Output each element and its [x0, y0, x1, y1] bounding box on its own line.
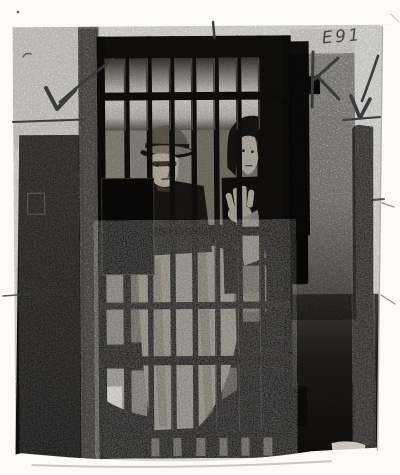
scanned-photograph: E91 K: [0, 0, 400, 475]
photo-code-label: E91: [321, 25, 362, 48]
wall-grain: [291, 59, 355, 314]
top-margin: [0, 0, 399, 27]
photo-print: [0, 0, 400, 475]
top-tick-mark: [213, 22, 215, 38]
pencil-dot: [17, 11, 20, 14]
shadow-grain: [98, 224, 294, 458]
photo-scene: E91 K: [0, 0, 400, 475]
right-dash-mark: [373, 199, 384, 200]
